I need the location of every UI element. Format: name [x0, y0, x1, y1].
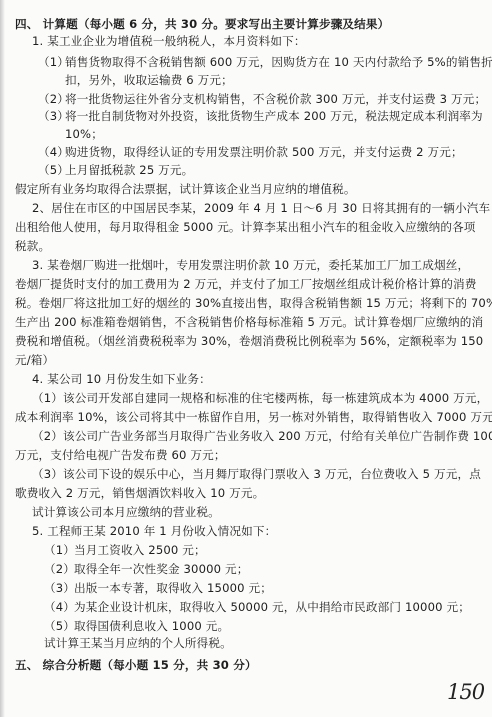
q1-item-5-text: 上月留抵税款 25 万元。 — [65, 163, 193, 177]
q1-item-1-cont: 扣，另外，收取运输费 6 万元； — [65, 73, 233, 87]
q5-item-2-text: 取得全年一次性奖金 30000 元； — [74, 562, 248, 576]
q5-item-4-num: （4） — [44, 600, 75, 614]
q5-item-1-text: 当月工资收入 2500 元； — [74, 543, 206, 557]
q4-line-1: 4. 某公司 10 月份发生如下业务： — [32, 372, 211, 386]
q5-item-5-text: 取得国债利息收入 1000 元。 — [74, 619, 229, 633]
q3-line-4: 生产出 200 标准箱卷烟销售，不含税销售价格每标准箱 5 万元。试计算卷烟厂应… — [15, 315, 483, 329]
q4-line-4: （2）该公司广告业务部当月取得广告业务收入 200 万元，付给有关单位广告制作费… — [32, 429, 492, 443]
q3-line-3: 税。卷烟厂将这批加工好的烟丝的 30%直接出售，取得含税销售额 15 万元；将剩… — [15, 296, 492, 310]
q1-item-2-text: 将一批货物运往外省分支机构销售，不含税价款 300 万元，并支付运费 3 万元； — [65, 92, 486, 106]
q5-item-3-num: （3） — [44, 581, 75, 595]
q4-line-6: （3）该公司下设的娱乐中心，当月舞厅取得门票收入 3 万元，台位费收入 5 万元… — [32, 467, 481, 481]
q2-line-1: 2、居住在市区的中国居民李某，2009 年 4 月 1 日～6 月 30 日将其… — [32, 201, 490, 215]
q1-item-3-text: 将一批自制货物对外投资，该批货物生产成本 200 万元，税法规定成本利润率为 — [65, 109, 483, 123]
q5-item-2-num: （2） — [44, 562, 75, 576]
q1-item-1-text: 销售货物取得不含税销售额 600 万元，因购货方在 10 天内付款给予 5%的销… — [65, 55, 492, 69]
q3-line-6: 元/箱） — [15, 353, 54, 367]
q1-item-4-text: 购进货物，取得经认证的专用发票注明价款 500 万元，并支付运费 2 万元； — [65, 145, 463, 159]
section-5-heading: 五、 综合分析题（每小题 15 分，共 30 分） — [15, 658, 257, 672]
q5-question: 试计算王某当月应纳的个人所得税。 — [44, 636, 232, 650]
q5-item-4-text: 为某企业设计机床，取得收入 50000 元，从中捐给市民政部门 10000 元； — [74, 600, 470, 614]
q4-line-3: 成本利润率 10%，该公司将其中一栋留作自用，另一栋对外销售，取得销售收入 70… — [15, 410, 492, 424]
q4-question: 试计算该公司本月应缴纳的营业税。 — [32, 505, 220, 519]
q4-line-7: 歌费收入 2 万元，销售烟酒饮料收入 10 万元。 — [15, 486, 264, 500]
q5-item-3-text: 出版一本专著，取得收入 15000 元； — [74, 581, 272, 595]
q2-line-2: 出租给他人使用，每月取得租金 5000 元。计算李某出租小汽车的租金收入应缴纳的… — [15, 220, 476, 234]
q2-line-3: 税款。 — [15, 239, 50, 253]
section-4-heading: 四、 计算题（每小题 6 分，共 30 分。要求写出主要计算步骤及结果） — [15, 17, 389, 31]
q3-line-1: 3. 某卷烟厂购进一批烟叶，专用发票注明价款 10 万元，委托某加工厂加工成烟丝… — [32, 258, 469, 272]
scan-edge-shadow — [0, 0, 5, 717]
q1-item-3-cont: 10%； — [65, 127, 103, 141]
q5-item-5-num: （5） — [44, 619, 75, 633]
q1-question: 假定所有业务均取得合法票据，试计算该企业当月应纳的增值税。 — [15, 182, 356, 196]
q5-item-1-num: （1） — [44, 543, 75, 557]
q4-line-5: 万元，支付给电视广告发布费 60 万元； — [15, 448, 226, 462]
q5-intro: 5. 工程师王某 2010 年 1 月份收入情况如下： — [32, 524, 276, 538]
handwritten-page-mark: 150 — [447, 680, 484, 704]
q3-line-2: 卷烟厂提货时支付的加工费用为 2 万元，并支付了加工厂按烟丝组成计税价格计算的消… — [15, 277, 476, 291]
q4-line-2: （1）该公司开发部自建同一规格和标准的住宅楼两栋，每一栋建筑成本为 4000 万… — [32, 391, 488, 405]
q3-line-5: 费税和增值税。（烟丝消费税税率为 30%，卷烟消费税比例税率为 56%，定额税率… — [15, 334, 483, 348]
q1-intro: 1. 某工业企业为增值税一般纳税人，本月资料如下： — [32, 34, 306, 48]
